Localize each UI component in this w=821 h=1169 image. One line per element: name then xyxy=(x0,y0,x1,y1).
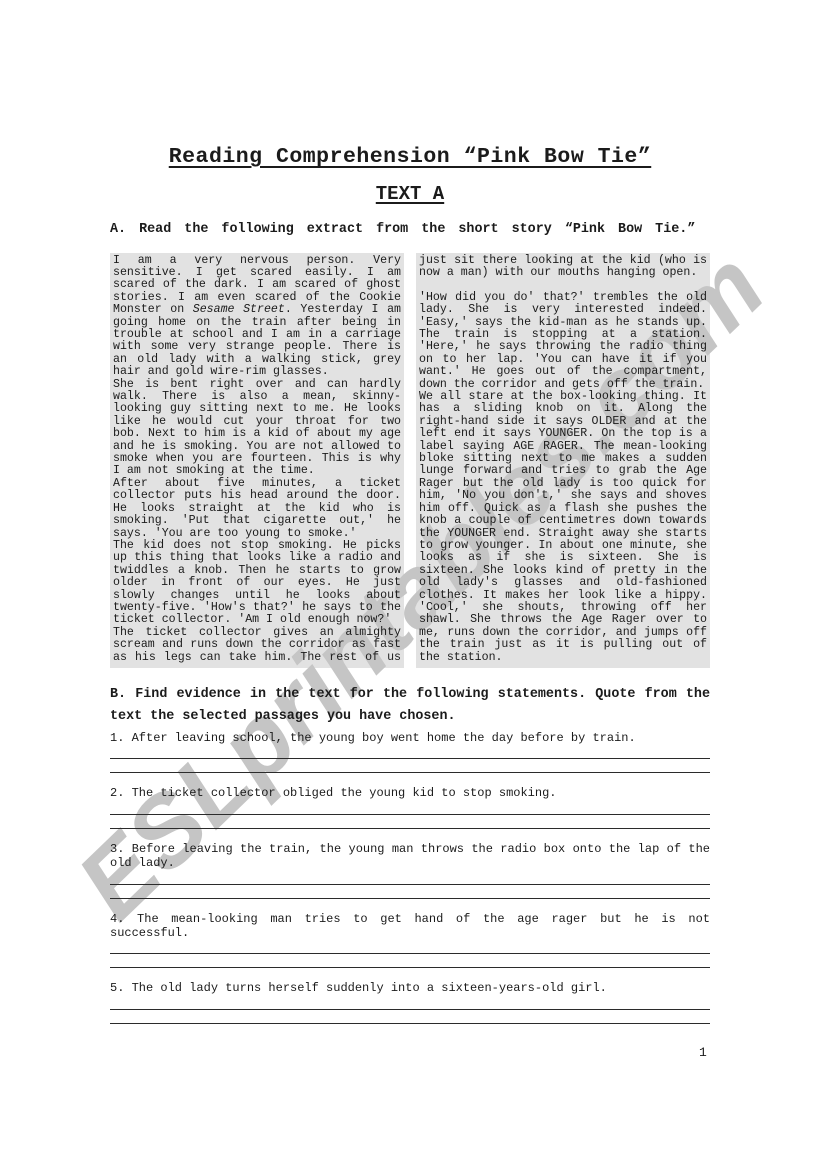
page-content: Reading Comprehension “Pink Bow Tie” TEX… xyxy=(110,0,710,1037)
question-list: 1. After leaving school, the young boy w… xyxy=(110,731,710,1024)
story-columns: I am a very nervous person. Very sensiti… xyxy=(110,253,710,668)
story-paragraph: After about five minutes, a ticket colle… xyxy=(113,478,401,540)
answer-line xyxy=(110,940,710,954)
section-b-instruction: B. Find evidence in the text for the fol… xyxy=(110,684,710,728)
page-number: 1 xyxy=(699,1045,821,1060)
answer-line xyxy=(110,871,710,885)
question-item: 1. After leaving school, the young boy w… xyxy=(110,731,710,773)
answer-line xyxy=(110,745,710,759)
question-item: 4. The mean-looking man tries to get han… xyxy=(110,912,710,969)
question-text: 5. The old lady turns herself suddenly i… xyxy=(110,981,710,995)
answer-line xyxy=(110,885,710,899)
question-item: 3. Before leaving the train, the young m… xyxy=(110,842,710,899)
story-italic-sesame-street: Sesame Street xyxy=(193,303,285,316)
answer-line xyxy=(110,815,710,829)
question-item: 2. The ticket collector obliged the youn… xyxy=(110,786,710,828)
answer-line xyxy=(110,996,710,1010)
text-a-heading: TEXT A xyxy=(110,185,710,205)
story-paragraph: I am a very nervous person. Very sensiti… xyxy=(113,255,401,379)
worksheet-page: ESLprintables.com Reading Comprehension … xyxy=(0,0,821,1169)
question-text: 1. After leaving school, the young boy w… xyxy=(110,731,710,745)
story-column-left: I am a very nervous person. Very sensiti… xyxy=(110,253,404,668)
story-paragraph: She is bent right over and can hardly wa… xyxy=(113,379,401,478)
story-paragraph: The kid does not stop smoking. He picks … xyxy=(113,540,401,627)
answer-line xyxy=(110,954,710,968)
story-paragraph: The ticket collector gives an almighty s… xyxy=(113,627,401,664)
question-text: 4. The mean-looking man tries to get han… xyxy=(110,912,710,941)
story-column-right: just sit there looking at the kid (who i… xyxy=(416,253,710,668)
story-paragraph: 'How did you do' that?' trembles the old… xyxy=(419,292,707,391)
question-item: 5. The old lady turns herself suddenly i… xyxy=(110,981,710,1023)
story-paragraph: just sit there looking at the kid (who i… xyxy=(419,255,707,280)
question-text: 2. The ticket collector obliged the youn… xyxy=(110,786,710,800)
section-a-instruction: A. Read the following extract from the s… xyxy=(110,222,710,238)
answer-line xyxy=(110,759,710,773)
question-text: 3. Before leaving the train, the young m… xyxy=(110,842,710,871)
worksheet-title: Reading Comprehension “Pink Bow Tie” xyxy=(110,146,710,169)
answer-line xyxy=(110,1010,710,1024)
answer-line xyxy=(110,801,710,815)
story-paragraph: We all stare at the box-looking thing. I… xyxy=(419,391,707,664)
